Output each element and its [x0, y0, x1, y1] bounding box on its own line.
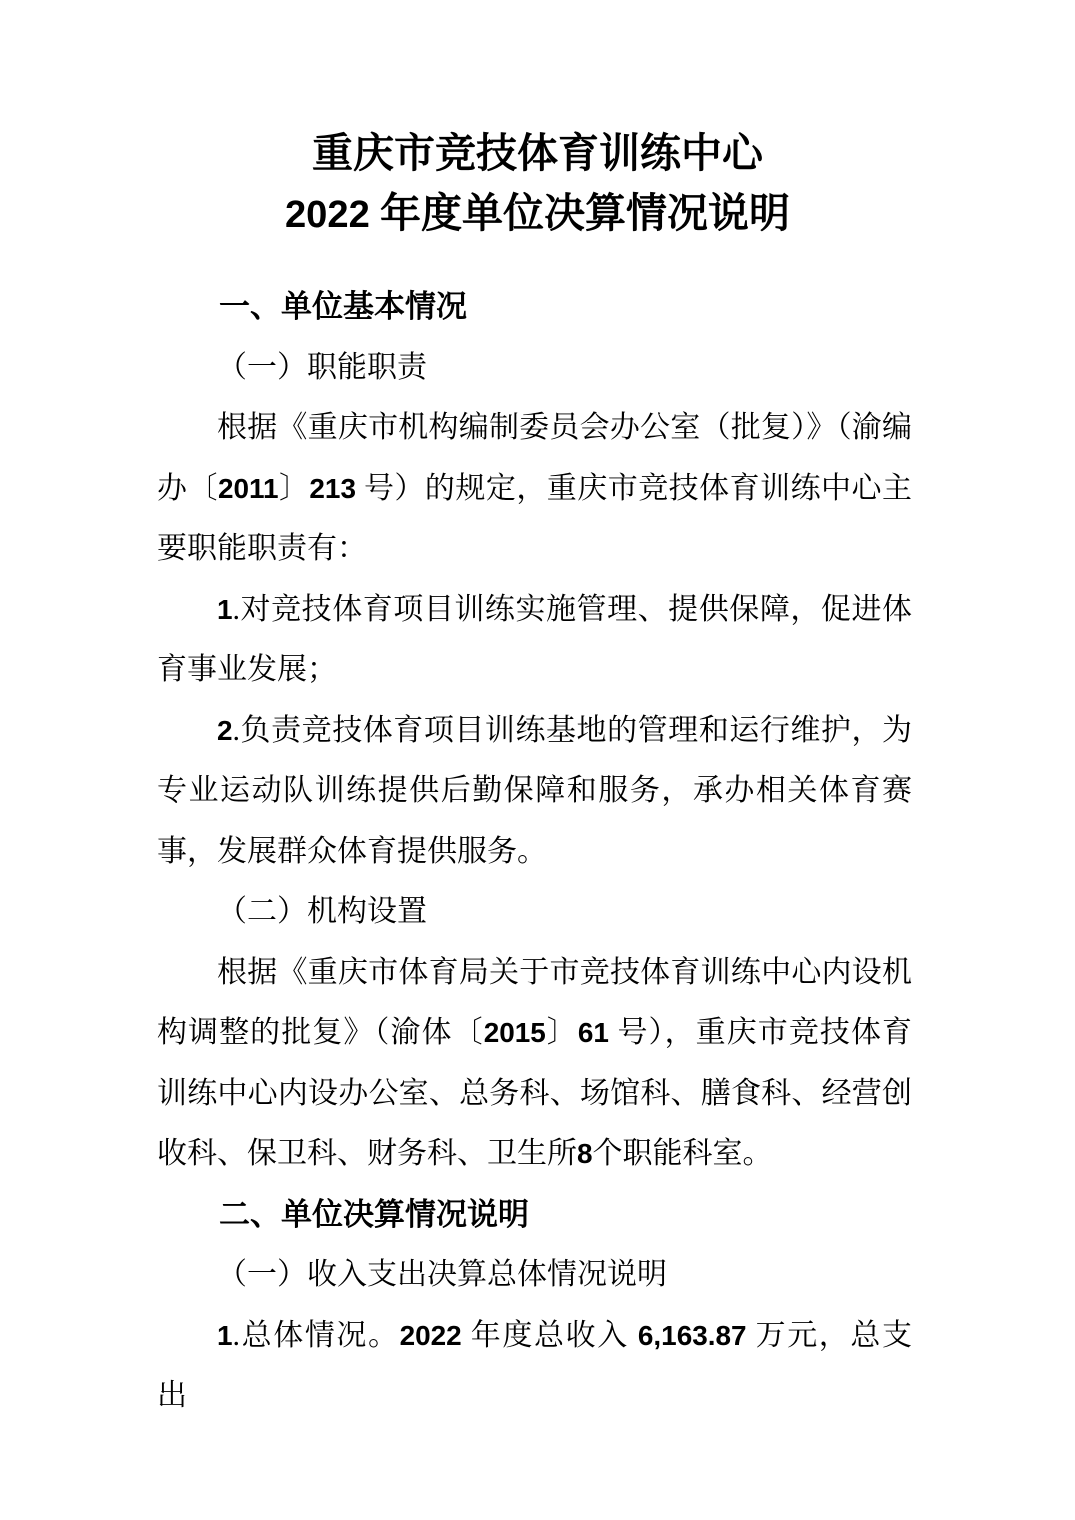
body-paragraph: 根据《重庆市机构编制委员会办公室（批复）》（渝编办〔2011〕213 号）的规定…	[157, 398, 912, 580]
numeric-text: 61	[578, 1017, 609, 1048]
document-page: 重庆市竞技体育训练中心 2022 年度单位决算情况说明 一、单位基本情况（一）职…	[0, 0, 1075, 1520]
numeric-text: 2011	[218, 473, 279, 504]
body-paragraph: 2.负责竞技体育项目训练基地的管理和运行维护，为专业运动队训练提供后勤保障和服务…	[157, 701, 912, 883]
numeric-text: 2015	[484, 1017, 546, 1048]
numeric-text: 1	[217, 1320, 233, 1351]
numeric-text: 213	[309, 473, 356, 504]
heading-level-2: （一）收入支出决算总体情况说明	[157, 1245, 912, 1306]
document-body: 一、单位基本情况（一）职能职责根据《重庆市机构编制委员会办公室（批复）》（渝编办…	[157, 277, 912, 1427]
body-paragraph: 1.总体情况。2022 年度总收入 6,163.87 万元，总支出	[157, 1306, 912, 1427]
numeric-text: 2022	[285, 193, 370, 236]
numeric-text: 6,163.87	[638, 1320, 747, 1351]
numeric-text: 2	[217, 715, 233, 746]
numeric-text: 2022	[400, 1320, 462, 1351]
document-title-line-1: 重庆市竞技体育训练中心	[0, 123, 1075, 183]
document-title: 重庆市竞技体育训练中心 2022 年度单位决算情况说明	[0, 123, 1075, 245]
heading-level-1: 二、单位决算情况说明	[157, 1185, 912, 1246]
heading-level-2: （一）职能职责	[157, 338, 912, 399]
heading-level-1: 一、单位基本情况	[157, 277, 912, 338]
numeric-text: 1	[217, 594, 233, 625]
body-paragraph: 1.对竞技体育项目训练实施管理、提供保障，促进体育事业发展；	[157, 580, 912, 701]
heading-level-2: （二）机构设置	[157, 882, 912, 943]
document-title-line-2: 2022 年度单位决算情况说明	[0, 183, 1075, 245]
body-paragraph: 根据《重庆市体育局关于市竞技体育训练中心内设机构调整的批复》（渝体〔2015〕6…	[157, 943, 912, 1185]
numeric-text: 8	[577, 1138, 593, 1169]
